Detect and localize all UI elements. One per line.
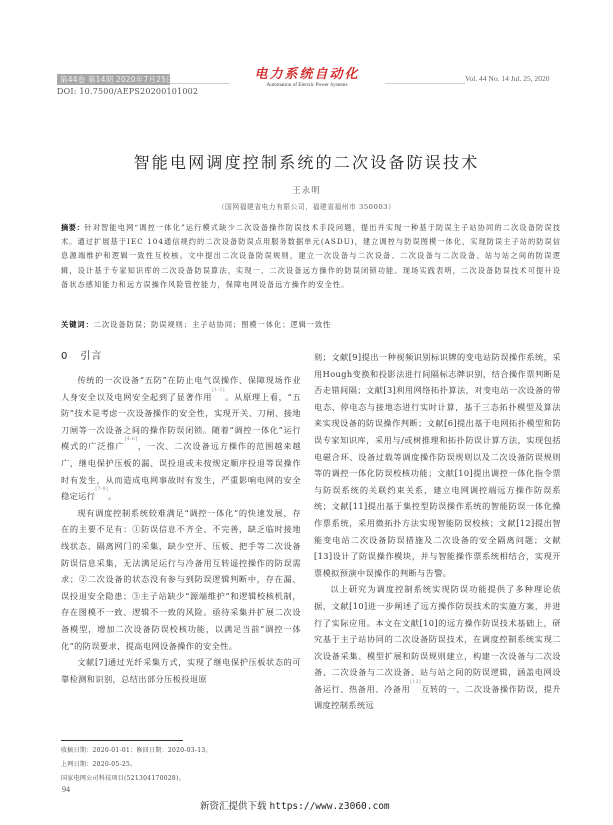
footnote-funding: 国家电网公司科技项目(521304170028)。 [61, 773, 185, 782]
keyword-2: 防误规则 [151, 320, 184, 329]
section-number: 0 [61, 351, 68, 362]
abstract-label: 摘要： [61, 223, 84, 232]
citation: [4-6] [125, 437, 138, 442]
author: 王永明 [0, 184, 613, 196]
keyword-5: 逻辑一致性 [290, 320, 331, 329]
keywords-label: 关键词： [61, 320, 94, 329]
header-rule-left [170, 83, 230, 84]
section-heading: 0引言 [61, 347, 102, 362]
right-column: 则；文献[9]提出一种视频识别标识牌的变电站防误操作系统，采用Hough变换和投… [314, 349, 561, 714]
issue-label: 第44卷 第14期 2020年7月25日 [57, 74, 170, 85]
volume-info: Vol. 44 No. 14 Jul. 25, 2020 [465, 74, 549, 83]
affiliation: （国网福建省电力有限公司，福建省福州市 350003） [0, 201, 613, 211]
paragraph-4: 以上研究为调度控制系统实现防误功能提供了多种理论依据，文献[10]进一步阐述了远… [314, 581, 561, 714]
citation: [7-8] [95, 487, 108, 492]
paragraph-continued: 则；文献[9]提出一种视频识别标识牌的变电站防误操作系统，采用Hough变换和投… [314, 349, 561, 581]
citation: [13] [410, 680, 421, 685]
paragraph-2: 现有调度控制系统较难满足“调控一体化”的快速发展，存在的主要不足有：①防误信息不… [61, 505, 301, 654]
journal-logo: 电力系统自动化 Automation of Electric Power Sys… [232, 67, 382, 89]
journal-title-en: Automation of Electric Power Systems [232, 82, 382, 89]
page-number: 94 [62, 785, 70, 794]
abstract: 摘要：针对智能电网“调控一体化”运行模式缺少二次设备操作防误技术手段问题，提出并… [61, 221, 561, 292]
journal-title-cn: 电力系统自动化 [232, 67, 382, 82]
keywords: 关键词：二次设备防误；防误规则；主子站协同；图模一体化；逻辑一致性 [61, 320, 561, 330]
watermark: 新资汇提供下载 https://www.z3060.com [200, 798, 390, 812]
abstract-text: 针对智能电网“调控一体化”运行模式缺少二次设备操作防误技术手段问题，提出并实现一… [61, 223, 561, 289]
watermark-url: https://www.z3060.com [270, 801, 390, 812]
keyword-1: 二次设备防误 [94, 320, 143, 329]
section-title: 引言 [80, 351, 102, 362]
footnote-online: 上网日期：2020-05-25。 [61, 759, 136, 768]
citation: [1-2] [212, 388, 225, 393]
left-column: 传统的一次设备“五防”在防止电气误操作、保障现场作业人身安全以及电网安全起到了显… [61, 372, 301, 687]
paper-title: 智能电网调度控制系统的二次设备防误技术 [0, 150, 613, 173]
keyword-4: 图模一体化 [241, 320, 282, 329]
header-rule-right [385, 83, 465, 84]
keyword-3: 主子站协同 [192, 320, 233, 329]
paragraph-1: 传统的一次设备“五防”在防止电气误操作、保障现场作业人身安全以及电网安全起到了显… [61, 372, 301, 505]
doi: DOI: 10.7500/AEPS20200101002 [57, 87, 198, 96]
footnote-received: 收稿日期：2020-01-01；修回日期：2020-03-13。 [61, 745, 212, 754]
paragraph-3: 文献[7]通过光纤采集方式，实现了继电保护压板状态的可靠检测和识别，总结出部分压… [61, 654, 301, 687]
footnote-rule [61, 740, 183, 741]
